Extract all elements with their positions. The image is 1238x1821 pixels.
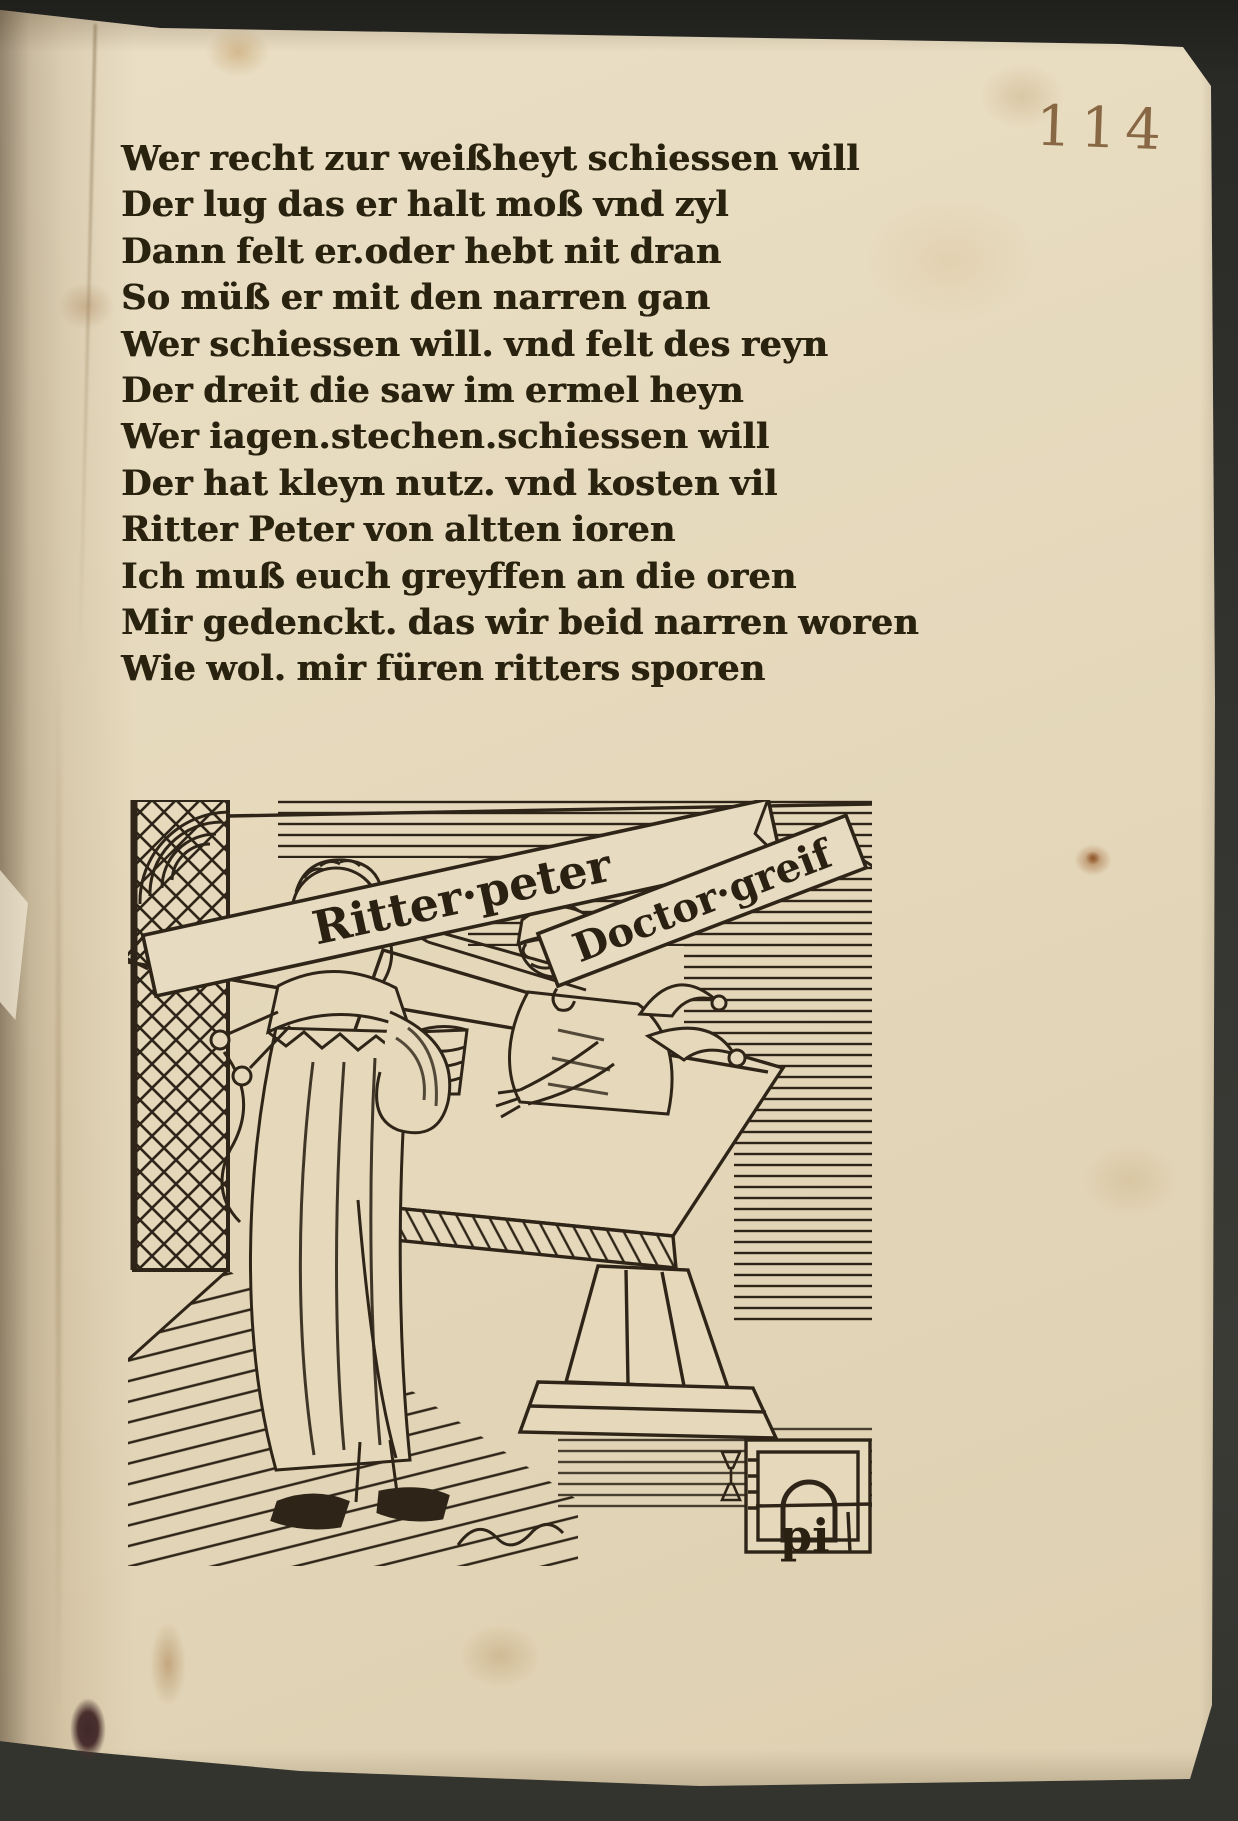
poem-line: Der lug das er halt moß vnd zyl xyxy=(121,182,951,228)
poem-line: Wie wol. mir füren ritters sporen xyxy=(121,646,951,692)
signature-label: pi xyxy=(780,1509,830,1563)
poem-line: Mir gedenckt. das wir beid narren woren xyxy=(121,600,951,646)
binding-mark xyxy=(70,1698,106,1760)
poem-line: So müß er mit den narren gan xyxy=(121,275,951,321)
poem-line: Ritter Peter von altten ioren xyxy=(121,507,951,553)
folio-number: 114 xyxy=(1035,94,1171,164)
poem-line: Dann felt er.oder hebt nit dran xyxy=(121,229,951,275)
book-photo: { "colors": { "background": "#33332e", "… xyxy=(0,0,1238,1821)
poem-line: Wer recht zur weißheyt schiessen will xyxy=(121,136,951,182)
poem-line: Der hat kleyn nutz. vnd kosten vil xyxy=(121,461,951,507)
woodcut-illustration: Ritter·peter Doctor·greif pi xyxy=(128,800,872,1566)
page-crease xyxy=(56,660,61,1720)
poem-line: Wer schiessen will. vnd felt des reyn xyxy=(121,322,951,368)
poem-line: Wer iagen.stechen.schiessen will xyxy=(121,414,951,460)
poem-line: Ich muß euch greyffen an die oren xyxy=(121,554,951,600)
poem-text-block: Wer recht zur weißheyt schiessen will De… xyxy=(121,136,951,693)
poem-line: Der dreit die saw im ermel heyn xyxy=(121,368,951,414)
